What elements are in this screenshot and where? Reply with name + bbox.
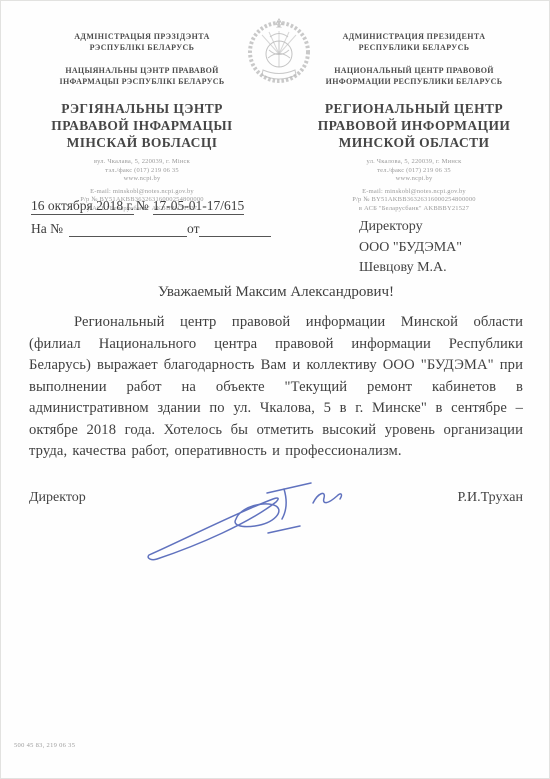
phone-line: тэл./факс (017) 219 06 35 [27,167,257,176]
bank-line: в АСБ "Беларусбанк" AKBBBY21527 [299,205,529,214]
letterhead-right-russian: АДМИНИСТРАЦИЯ ПРЕЗИДЕНТА РЕСПУБЛИКИ БЕЛА… [299,31,529,213]
org-title-ru: РЕГИОНАЛЬНЫЙ ЦЕНТР ПРАВОВОЙ ИНФОРМАЦИИ М… [299,100,529,151]
org-line: РЕГИОНАЛЬНЫЙ ЦЕНТР [299,100,529,117]
footer-phone-note: 500 45 83, 219 06 35 [14,742,75,749]
admin-line: АДМІНІСТРАЦЫЯ ПРЭЗІДЭНТА [27,31,257,42]
outgoing-number: 17-05-01-17/615 [153,198,245,215]
org-title-by: РЭГІЯНАЛЬНЫ ЦЭНТР ПРАВАВОЙ ІНФАРМАЦЫІ МІ… [27,100,257,151]
contact-block-ru: ул. Чкалова, 5, 220039, г. Минск тел./фа… [299,158,529,213]
national-center-by: НАЦЫЯНАЛЬНЫ ЦЭНТР ПРАВАВОЙ ІНФАРМАЦЫІ РЭ… [27,65,257,87]
admin-line: РЕСПУБЛИКИ БЕЛАРУСЬ [299,42,529,53]
na-number-label: На № [31,221,63,236]
national-line: НАЦЫЯНАЛЬНЫ ЦЭНТР ПРАВАВОЙ [27,65,257,76]
address-line: ул. Чкалова, 5, 220039, г. Минск [299,158,529,167]
handwritten-signature-icon [141,479,361,571]
email-line: E-mail: minskobl@notes.ncpi.gov.by [27,188,257,197]
recipient-company: ООО "БУДЭМА" [359,238,462,259]
national-center-ru: НАЦИОНАЛЬНЫЙ ЦЕНТР ПРАВОВОЙ ИНФОРМАЦИИ Р… [299,65,529,87]
salutation: Уважаемый Максим Александрович! [29,284,523,301]
recipient-block: Директору ООО "БУДЭМА" Шевцову М.А. [359,217,462,279]
org-line: РЭГІЯНАЛЬНЫ ЦЭНТР [27,100,257,117]
letterhead-left-belarusian: АДМІНІСТРАЦЫЯ ПРЭЗІДЭНТА РЭСПУБЛІКІ БЕЛА… [27,31,257,213]
org-line: ПРАВАВОЙ ІНФАРМАЦЫІ [27,117,257,134]
account-line: Р/р № BY51AKBB36326316000254800000 [299,196,529,205]
national-line: ИНФОРМАЦИИ РЕСПУБЛИКИ БЕЛАРУСЬ [299,76,529,87]
recipient-title: Директору [359,217,462,238]
national-line: НАЦИОНАЛЬНЫЙ ЦЕНТР ПРАВОВОЙ [299,65,529,76]
number-sign: № [136,198,149,213]
reference-block: 16 октября 2018 г.№17-05-01-17/615 На №о… [31,198,271,237]
admin-line: РЭСПУБЛІКІ БЕЛАРУСЬ [27,42,257,53]
national-line: ІНФАРМАЦЫІ РЭСПУБЛІКІ БЕЛАРУСЬ [27,76,257,87]
signer-position: Директор [29,490,86,506]
scanned-letter-page: АДМІНІСТРАЦЫЯ ПРЭЗІДЭНТА РЭСПУБЛІКІ БЕЛА… [0,0,550,779]
ot-label: от [187,221,199,236]
recipient-name: Шевцову М.А. [359,258,462,279]
admin-president-ru: АДМИНИСТРАЦИЯ ПРЕЗИДЕНТА РЕСПУБЛИКИ БЕЛА… [299,31,529,53]
incoming-date-blank [199,223,271,237]
website-line: www.ncpi.by [299,175,529,184]
website-line: www.ncpi.by [27,175,257,184]
address-line: вул. Чкалава, 5, 220039, г. Мінск [27,158,257,167]
org-line: ПРАВОВОЙ ИНФОРМАЦИИ [299,117,529,134]
signer-name: Р.И.Трухан [457,490,523,506]
org-line: МИНСКОЙ ОБЛАСТИ [299,134,529,151]
outgoing-date: 16 октября 2018 г. [31,198,134,215]
outgoing-date-number-line: 16 октября 2018 г.№17-05-01-17/615 [31,198,271,214]
incoming-number-blank [69,223,187,237]
admin-president-by: АДМІНІСТРАЦЫЯ ПРЭЗІДЭНТА РЭСПУБЛІКІ БЕЛА… [27,31,257,53]
email-line: E-mail: minskobl@notes.ncpi.gov.by [299,188,529,197]
letter-body: Региональный центр правовой информации М… [29,312,523,463]
org-line: МІНСКАЙ ВОБЛАСЦІ [27,134,257,151]
phone-line: тел./факс (017) 219 06 35 [299,167,529,176]
incoming-reference-line: На №от [31,221,271,237]
admin-line: АДМИНИСТРАЦИЯ ПРЕЗИДЕНТА [299,31,529,42]
